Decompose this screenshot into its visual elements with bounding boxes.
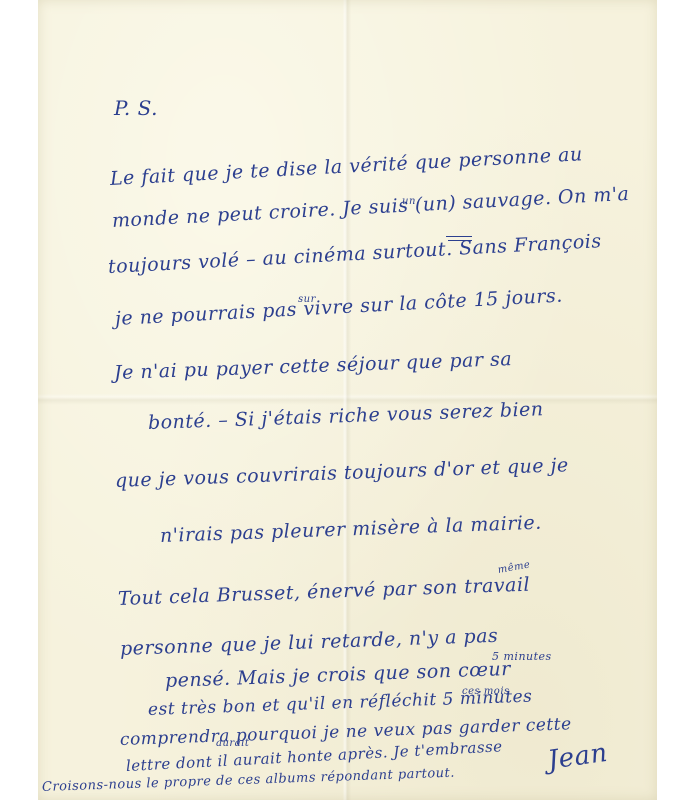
ps-heading: P. S.	[114, 96, 158, 120]
annotation-un: un	[402, 196, 416, 207]
annotation-aurait: aurait	[216, 738, 249, 749]
annotation-5-minutes: 5 minutes	[492, 650, 552, 663]
double-underline-mark	[446, 236, 472, 237]
annotation-sur: sur	[298, 294, 316, 305]
annotation-ces-mois: ces mois	[462, 686, 510, 697]
double-underline-mark-2	[448, 240, 472, 241]
scan-canvas: P. S. Le fait que je te dise la vérité q…	[0, 0, 700, 800]
